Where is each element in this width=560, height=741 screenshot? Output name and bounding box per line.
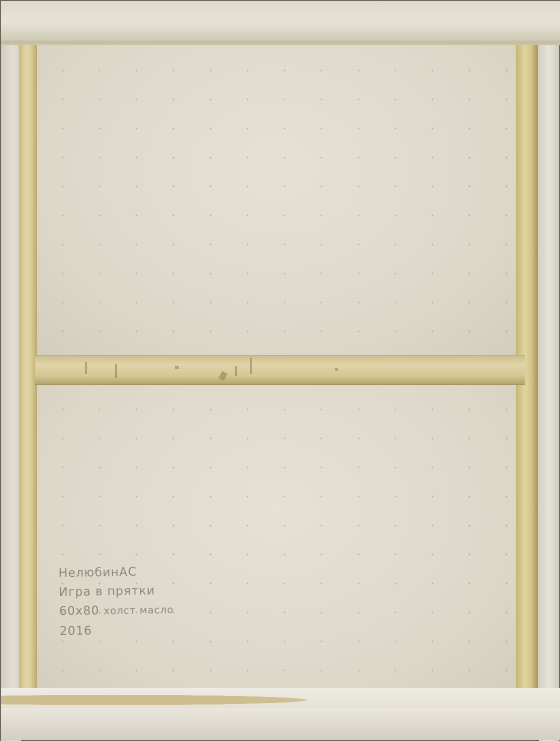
canvas-wrap-left	[1, 1, 21, 741]
canvas-panel-bottom	[37, 384, 516, 698]
canvas-wrap-top	[1, 1, 560, 45]
canvas-back-photo: НелюбинАС Игра в прятки 60х80 холст масл…	[0, 0, 560, 741]
inscription-title: Игра в прятки	[59, 581, 174, 602]
canvas-wrap-right	[539, 1, 559, 741]
inscription-year: 2016	[59, 620, 174, 641]
inscription-dimensions: 60х80	[59, 603, 99, 618]
canvas-wrap-bottom	[1, 688, 560, 740]
canvas-fold	[1, 688, 560, 708]
canvas-panel-top	[37, 45, 516, 355]
handwritten-inscription: НелюбинАС Игра в прятки 60х80 холст масл…	[58, 562, 174, 641]
inscription-artist: НелюбинАС	[58, 562, 173, 583]
inscription-medium: холст масло	[104, 605, 174, 617]
stretcher-crossbar	[35, 355, 525, 385]
